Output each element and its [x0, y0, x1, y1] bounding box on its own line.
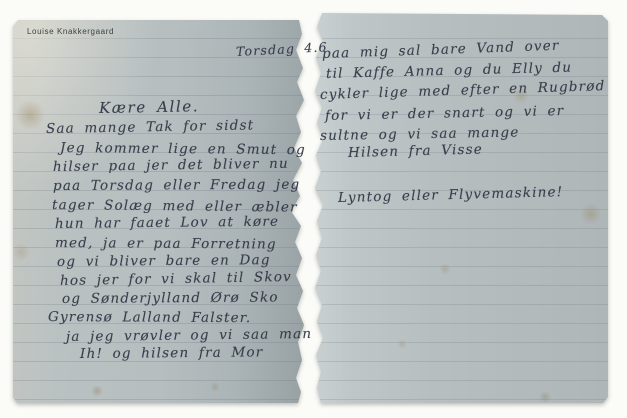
handwriting-line: og Sønderjylland Ørø Sko: [62, 289, 279, 307]
handwriting-line: hilser paa jer det bliver nu: [53, 156, 289, 175]
handwriting-line: med, ja er paa Forretning: [55, 235, 277, 253]
scanned-letter-photo: Louise Knakkergaard Torsdag 4.6 Kære All…: [0, 0, 627, 418]
handwriting-line: tager Solæg med eller æbler: [52, 197, 298, 216]
handwriting-salutation: Kære Alle.: [99, 97, 200, 117]
handwriting-line: paa Torsdag eller Fredag jeg: [53, 177, 300, 194]
handwriting-line: ja jeg vrøvler og vi saa man: [66, 326, 312, 345]
handwriting-line: Gyrensø Lalland Falster.: [48, 309, 252, 326]
handwriting-line: hun har faaet Lov at køre: [55, 214, 279, 232]
stationery-name-label: Louise Knakkergaard: [27, 27, 114, 36]
handwriting-line: Ih! og hilsen fra Mor: [80, 344, 264, 362]
handwriting-line: og vi bliver bare en Dag: [57, 252, 271, 270]
